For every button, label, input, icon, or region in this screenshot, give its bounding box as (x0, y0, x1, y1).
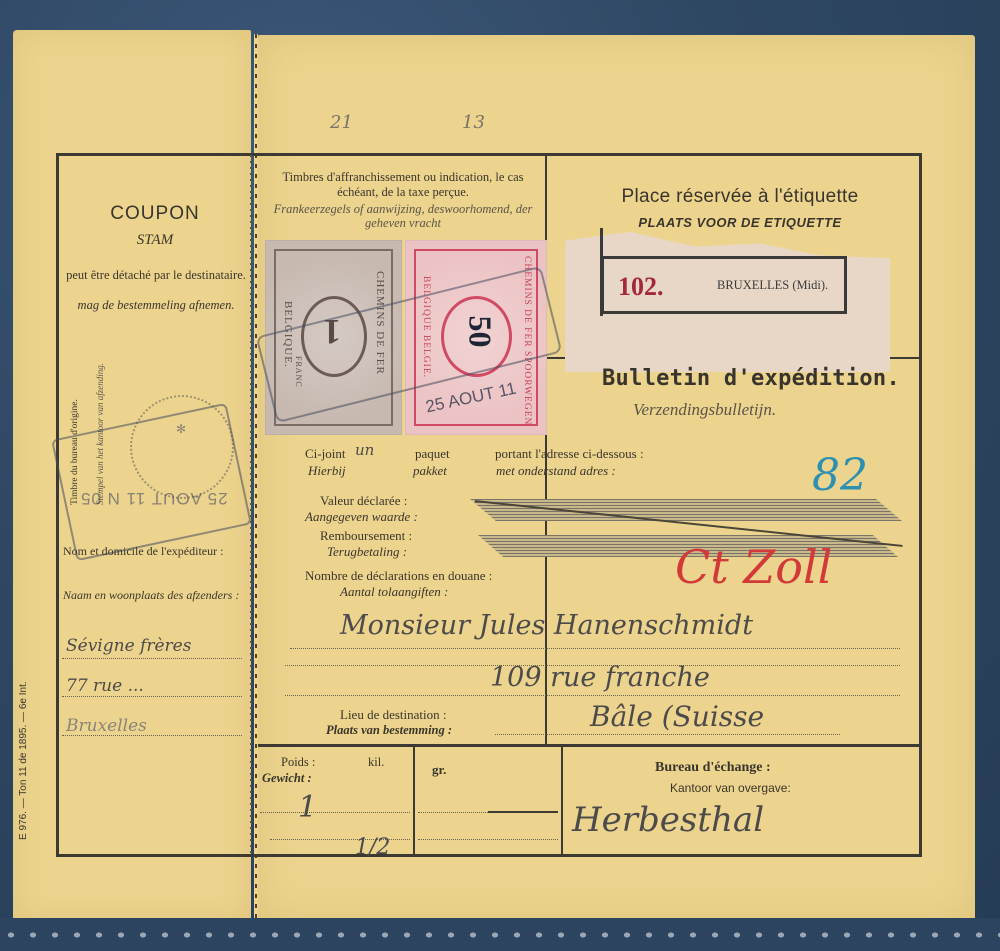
exchange-handwritten: Herbesthal (572, 800, 764, 840)
pencil-mark-2: 13 (462, 112, 485, 133)
exchange-label-nl: Kantoor van overgave: (670, 781, 791, 795)
enclosed-nl-3: met onderstand adres : (496, 463, 616, 479)
bulletin-title-fr: Bulletin d'expédition. (602, 366, 900, 391)
coupon-detach-nl: mag de bestemmeling afnemen. (66, 298, 246, 313)
destination-line (495, 734, 840, 735)
bulletin-title-nl: Verzendingsbulletijn. (633, 400, 776, 420)
gr-line-1 (418, 812, 488, 813)
enclosed-fr-1: Ci-joint (305, 446, 345, 462)
kil-handwritten: 1 (298, 790, 317, 825)
enclosed-count: un (355, 441, 374, 459)
customs-count-fr: Nombre de déclarations en douane : (305, 568, 492, 584)
kil-gr-divider (413, 747, 415, 855)
gr-label: gr. (432, 762, 446, 778)
customs-count-nl: Aantal tolaangiften : (340, 584, 448, 600)
enclosed-fr-3: portant l'adresse ci-dessous : (495, 446, 644, 462)
blue-annotation: 82 (812, 450, 868, 501)
label-number: 102. (618, 272, 664, 302)
sender-handwritten-2: 77 rue ... (66, 676, 144, 696)
address-line-1 (290, 648, 900, 649)
enclosed-nl-1: Hierbij (308, 463, 346, 479)
coupon-edge (250, 155, 252, 855)
declared-value-fr: Valeur déclarée : (320, 493, 407, 509)
sender-line-2 (62, 696, 242, 697)
sender-handwritten-3: Bruxelles (66, 716, 147, 736)
address-handwritten-1: Monsieur Jules Hanenschmidt (340, 610, 753, 641)
weight-label-nl: Gewicht : (262, 771, 312, 786)
declared-value-nl: Aangegeven waarde : (305, 509, 418, 525)
enclosed-nl-2: pakket (413, 463, 447, 479)
address-line-3 (285, 695, 900, 696)
enclosed-fr-2: paquet (415, 446, 450, 462)
sender-handwritten-1: Sévigne frères (66, 636, 191, 656)
sender-label-nl: Naam en woonplaats des afzenders : (63, 588, 248, 603)
label-heading-fr: Place réservée à l'étiquette (560, 186, 920, 208)
red-annotation: Ct Zoll (675, 540, 832, 594)
weight-label-fr: Poids : (281, 755, 315, 770)
gr-line-2 (418, 839, 558, 840)
weight-divider (258, 744, 921, 747)
exchange-divider (561, 747, 563, 855)
form-code: E 976. — Ton 11 de 1895. — 6e Int. (18, 681, 29, 840)
album-strip-holes (0, 930, 1000, 940)
destination-nl: Plaats van bestemming : (326, 723, 452, 738)
destination-fr: Lieu de destination : (340, 707, 447, 723)
gr-dash (488, 811, 558, 813)
coupon-title-nl: STAM (60, 232, 250, 249)
kil-line-1 (260, 812, 410, 813)
pencil-mark-1: 21 (330, 112, 353, 133)
reimbursement-fr: Remboursement : (320, 528, 412, 544)
coupon-postmark-date: 25 AOUT 11 N 05 (80, 488, 228, 508)
exchange-label-fr: Bureau d'échange : (655, 760, 771, 776)
address-handwritten-2: 109 rue franche (490, 662, 710, 693)
destination-handwritten: Bâle (Suisse (590, 700, 764, 733)
stamps-heading-fr: Timbres d'affranchissement ou indication… (262, 170, 544, 200)
sender-label-fr: Nom et domicile de l'expéditeur : (63, 544, 248, 559)
label-heading-nl: PLAATS VOOR DE ETIQUETTE (560, 215, 920, 230)
declared-value-bar (470, 499, 902, 521)
label-box: 102. BRUXELLES (Midi). (601, 256, 847, 314)
weight-sub-handwritten: 1/2 (355, 835, 390, 860)
sender-line-1 (62, 658, 242, 659)
coupon-title: COUPON (60, 203, 250, 225)
coupon-detach-fr: peut être détaché par le destinataire. (66, 268, 246, 283)
stamps-heading-nl: Frankeerzegels of aanwijzing, deswoorhom… (262, 202, 544, 230)
reimbursement-nl: Terugbetaling : (327, 544, 407, 560)
label-station: BRUXELLES (Midi). (717, 278, 828, 293)
kil-label: kil. (368, 755, 384, 770)
